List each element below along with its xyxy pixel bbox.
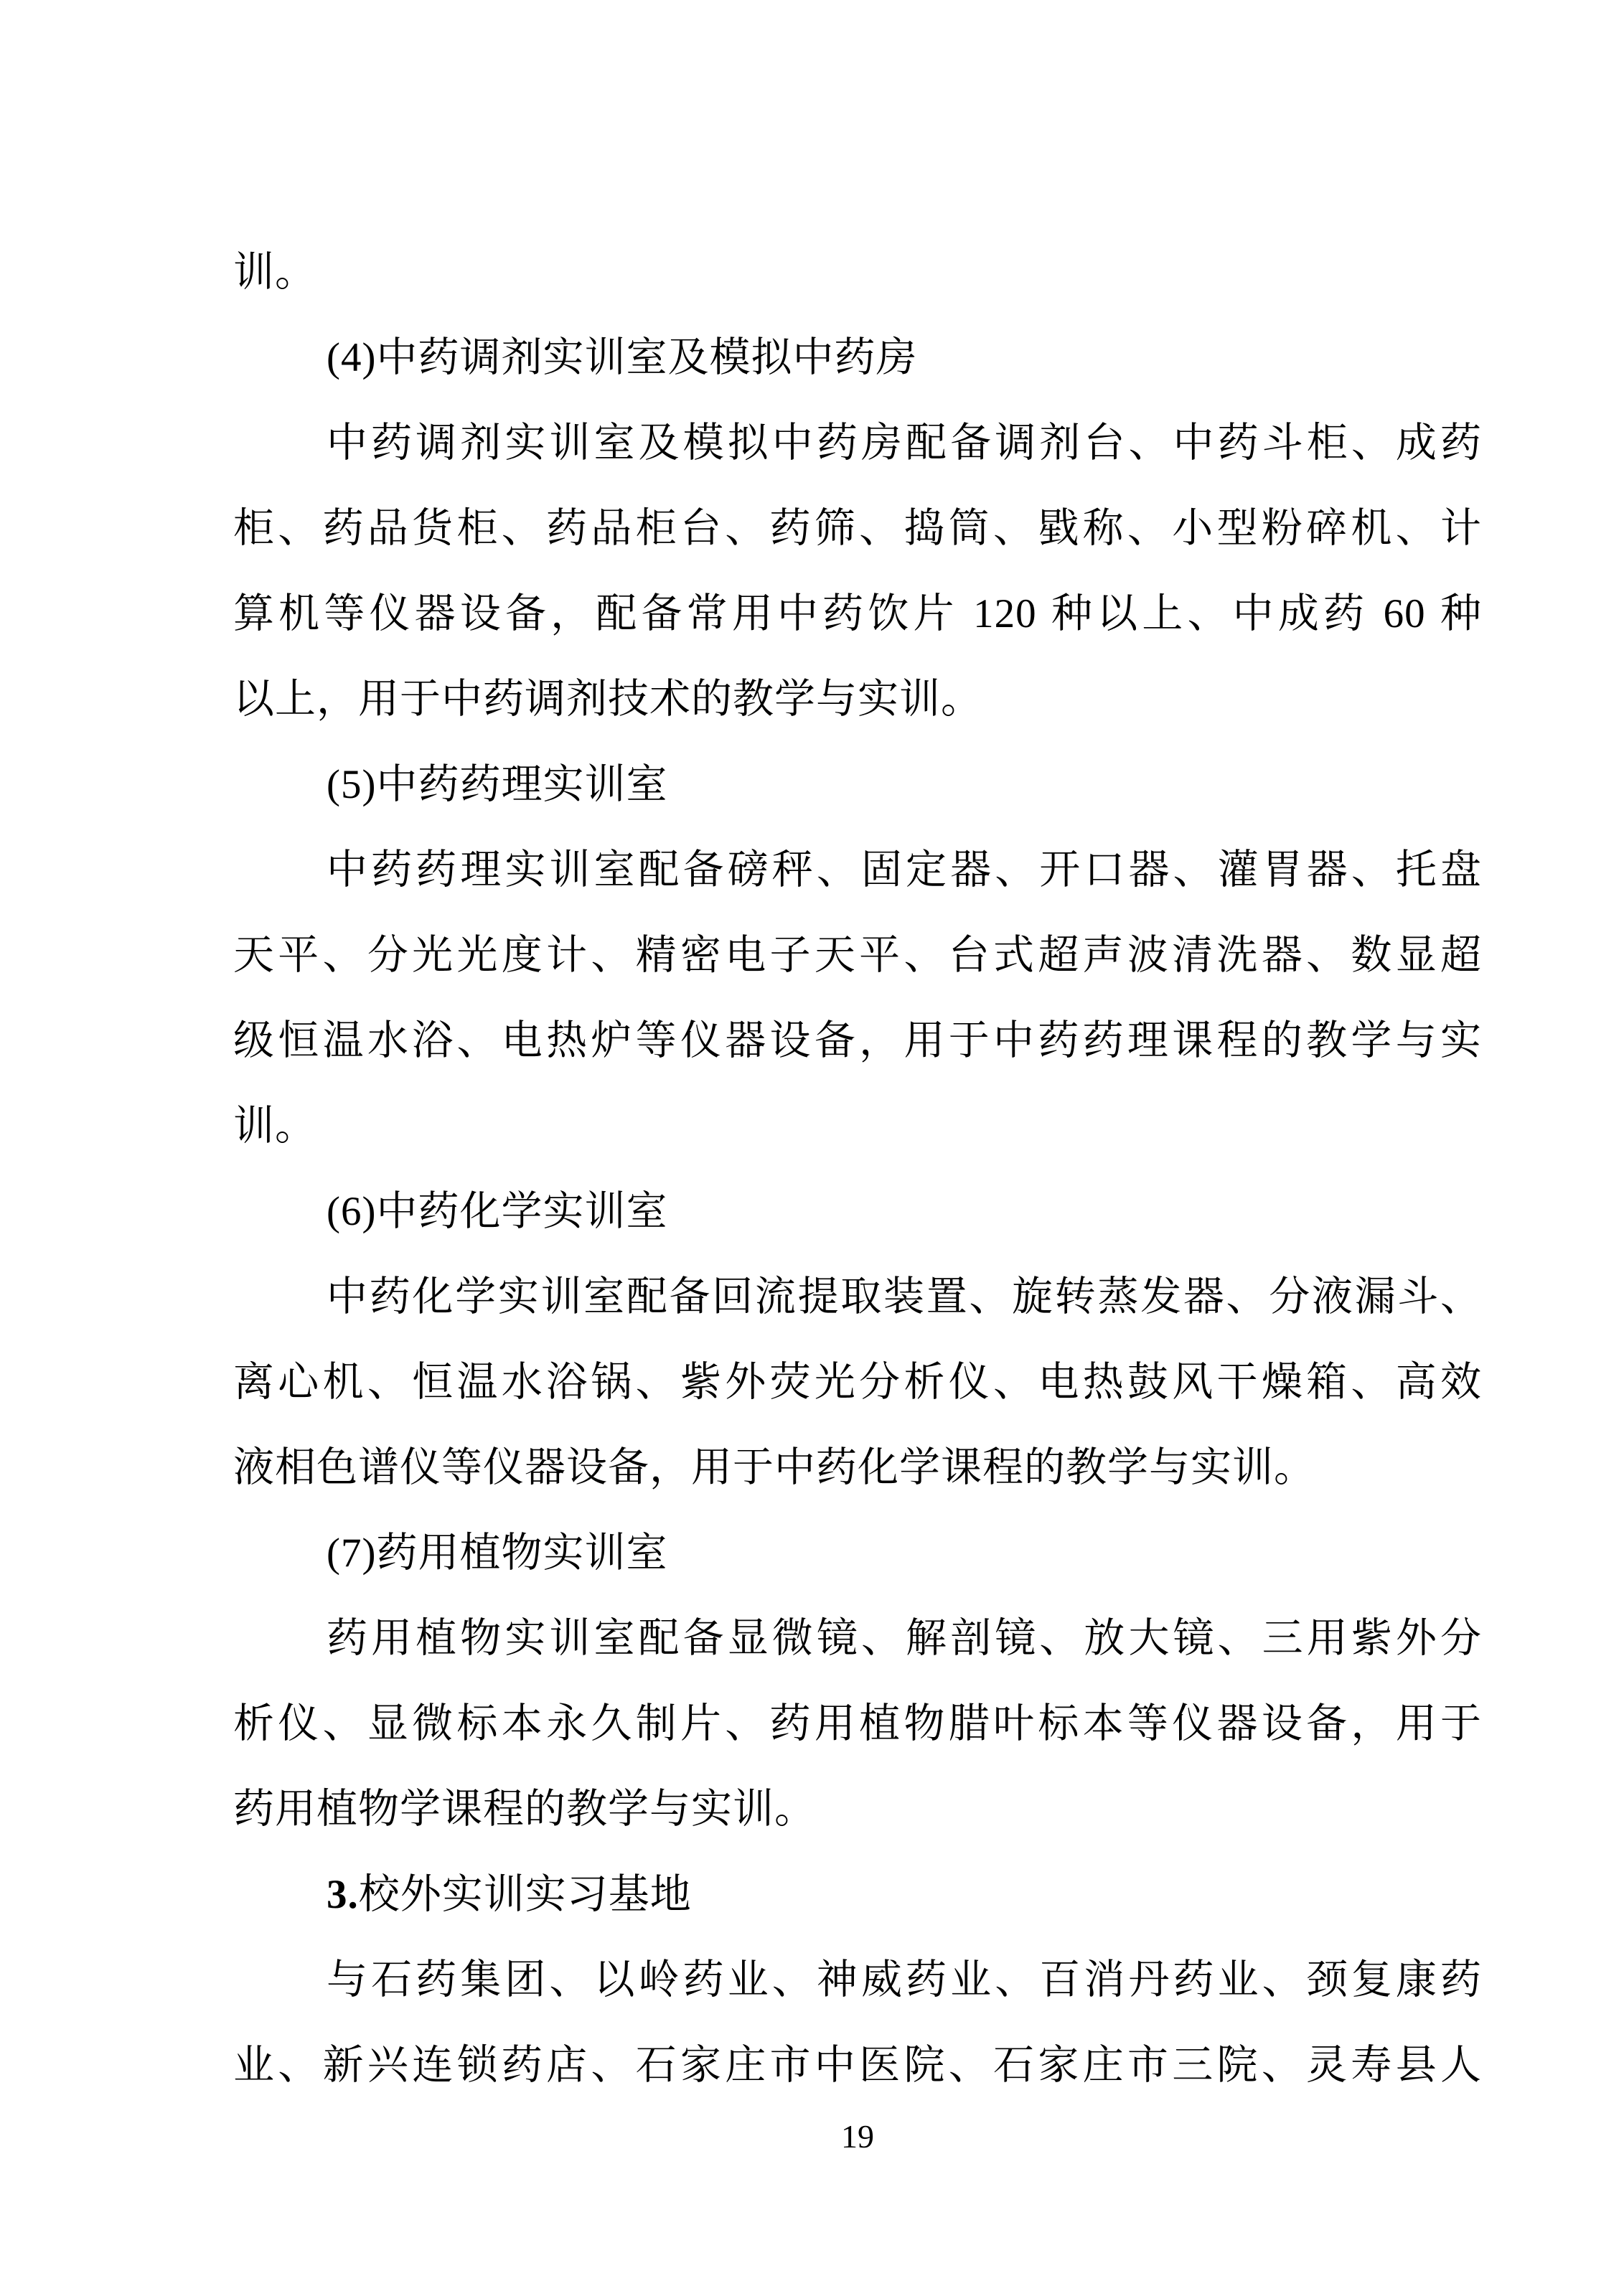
heading-line: (6)中药化学实训室 xyxy=(233,1169,1482,1254)
line-text: 药用植物学课程的教学与实训。 xyxy=(233,1787,816,1832)
body-line: 析仪、显微标本永久制片、药用植物腊叶标本等仪器设备，用于 xyxy=(233,1681,1482,1766)
line-text: 中药调剂实训室及模拟中药房配备调剂台、中药斗柜、成药 xyxy=(327,420,1482,466)
body-line: 级恒温水浴、电热炉等仪器设备，用于中药药理课程的教学与实 xyxy=(233,998,1482,1083)
line-text: 药用植物实训室配备显微镜、解剖镜、放大镜、三用紫外分 xyxy=(327,1616,1482,1661)
heading-line: (7)药用植物实训室 xyxy=(233,1510,1482,1596)
heading-line: (4)中药调剂实训室及模拟中药房 xyxy=(233,315,1482,400)
line-text: (7)药用植物实训室 xyxy=(327,1530,667,1576)
body-line: 柜、药品货柜、药品柜台、药筛、捣筒、戥称、小型粉碎机、计 xyxy=(233,486,1482,571)
body-line: 天平、分光光度计、精密电子天平、台式超声波清洗器、数显超 xyxy=(233,913,1482,998)
line-text: 天平、分光光度计、精密电子天平、台式超声波清洗器、数显超 xyxy=(233,933,1482,978)
body-line: 药用植物实训室配备显微镜、解剖镜、放大镜、三用紫外分 xyxy=(233,1596,1482,1681)
page-number: 19 xyxy=(233,2115,1482,2158)
line-text: 液相色谱仪等仪器设备，用于中药化学课程的教学与实训。 xyxy=(233,1445,1315,1490)
line-text: (4)中药调剂实训室及模拟中药房 xyxy=(327,335,917,380)
body-line: 训。 xyxy=(233,230,1482,315)
line-text: 校外实训实习基地 xyxy=(359,1872,692,1917)
body-line: 算机等仪器设备，配备常用中药饮片 120 种以上、中成药 60 种 xyxy=(233,571,1482,657)
line-text: 级恒温水浴、电热炉等仪器设备，用于中药药理课程的教学与实 xyxy=(233,1018,1482,1063)
heading-line: 3.校外实训实习基地 xyxy=(233,1852,1482,1937)
line-text: 与石药集团、以岭药业、神威药业、百消丹药业、颈复康药 xyxy=(327,1957,1482,2003)
text-block: 训。(4)中药调剂实训室及模拟中药房中药调剂实训室及模拟中药房配备调剂台、中药斗… xyxy=(233,230,1482,2108)
body-line: 以上，用于中药调剂技术的教学与实训。 xyxy=(233,657,1482,742)
body-line: 训。 xyxy=(233,1083,1482,1169)
body-line: 离心机、恒温水浴锅、紫外荧光分析仪、电热鼓风干燥箱、高效 xyxy=(233,1340,1482,1425)
line-text: 训。 xyxy=(233,1104,316,1149)
line-text: 以上，用于中药调剂技术的教学与实训。 xyxy=(233,677,982,722)
body-line: 中药化学实训室配备回流提取装置、旋转蒸发器、分液漏斗、 xyxy=(233,1254,1482,1340)
body-line: 业、新兴连锁药店、石家庄市中医院、石家庄市三院、灵寿县人 xyxy=(233,2023,1482,2108)
heading-line: (5)中药药理实训室 xyxy=(233,742,1482,827)
line-text: 业、新兴连锁药店、石家庄市中医院、石家庄市三院、灵寿县人 xyxy=(233,2043,1482,2088)
line-text: 析仪、显微标本永久制片、药用植物腊叶标本等仪器设备，用于 xyxy=(233,1701,1482,1746)
body-line: 药用植物学课程的教学与实训。 xyxy=(233,1766,1482,1852)
body-line: 中药药理实训室配备磅秤、固定器、开口器、灌胃器、托盘 xyxy=(233,827,1482,913)
body-line: 与石药集团、以岭药业、神威药业、百消丹药业、颈复康药 xyxy=(233,1937,1482,2023)
line-text: 算机等仪器设备，配备常用中药饮片 120 种以上、中成药 60 种 xyxy=(233,591,1482,636)
line-text: 中药药理实训室配备磅秤、固定器、开口器、灌胃器、托盘 xyxy=(327,847,1482,893)
line-text: (6)中药化学实训室 xyxy=(327,1189,667,1234)
document-page: 训。(4)中药调剂实训室及模拟中药房中药调剂实训室及模拟中药房配备调剂台、中药斗… xyxy=(0,0,1624,2296)
line-text: (5)中药药理实训室 xyxy=(327,762,667,807)
body-line: 液相色谱仪等仪器设备，用于中药化学课程的教学与实训。 xyxy=(233,1425,1482,1510)
line-text: 中药化学实训室配备回流提取装置、旋转蒸发器、分液漏斗、 xyxy=(327,1274,1482,1319)
heading-number: 3. xyxy=(327,1872,359,1917)
line-text: 离心机、恒温水浴锅、紫外荧光分析仪、电热鼓风干燥箱、高效 xyxy=(233,1360,1482,1405)
body-line: 中药调剂实训室及模拟中药房配备调剂台、中药斗柜、成药 xyxy=(233,400,1482,486)
line-text: 训。 xyxy=(233,250,316,295)
line-text: 柜、药品货柜、药品柜台、药筛、捣筒、戥称、小型粉碎机、计 xyxy=(233,506,1482,551)
